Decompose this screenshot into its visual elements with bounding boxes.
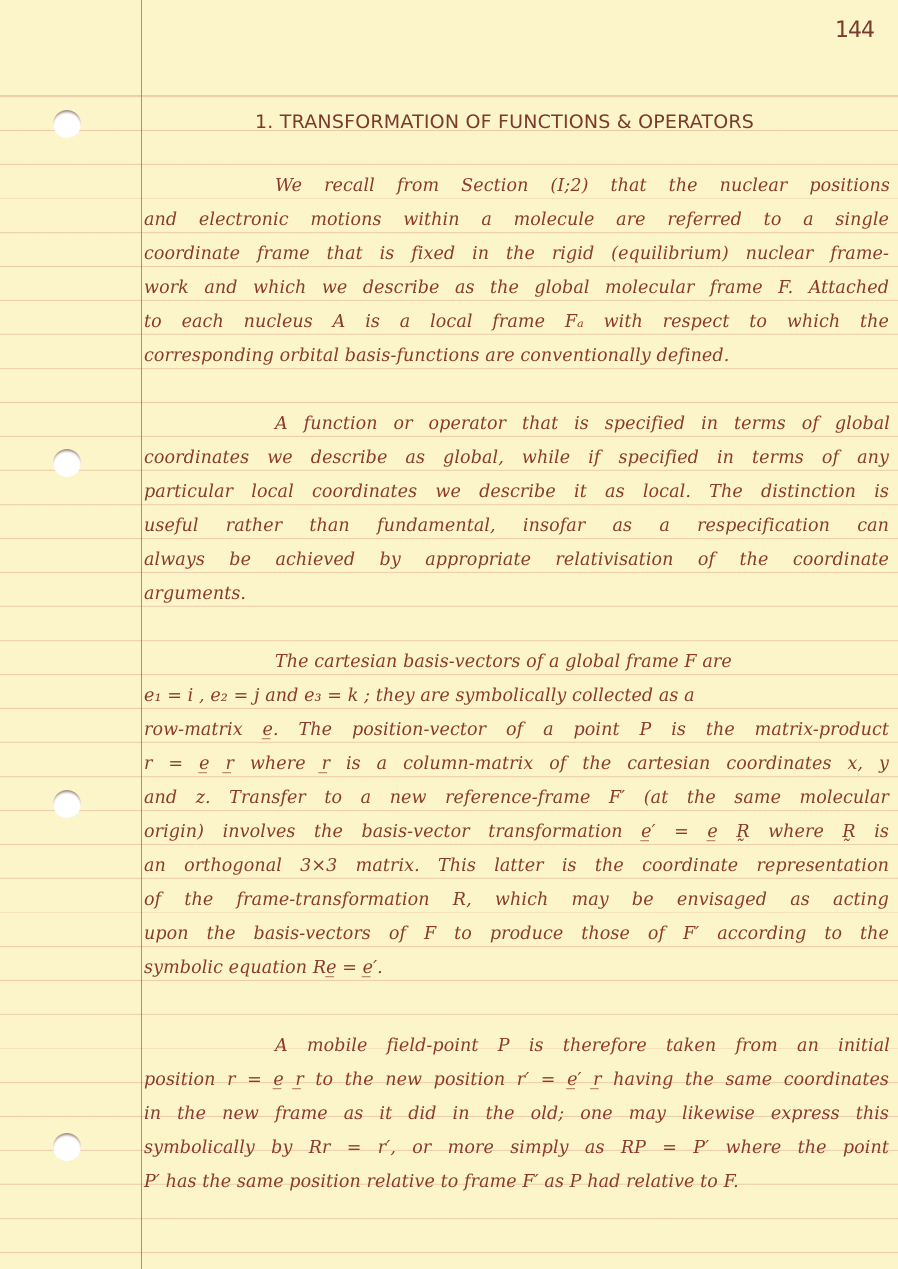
- text-line: of the frame-transformation R, which may…: [144, 890, 889, 910]
- punch-hole-icon: [53, 110, 81, 138]
- text-line: r = e̲ r̲ where r̲ is a column-matrix of…: [144, 754, 889, 774]
- text-line: row-matrix e̲. The position-vector of a …: [144, 720, 889, 740]
- punch-hole-icon: [53, 790, 81, 818]
- page-title: 1. TRANSFORMATION OF FUNCTIONS & OPERATO…: [255, 111, 754, 133]
- text-line: P′ has the same position relative to fra…: [144, 1172, 889, 1192]
- text-line: e₁ = i , e₂ = j and e₃ = k ; they are sy…: [144, 686, 889, 706]
- text-line: origin) involves the basis-vector transf…: [144, 822, 889, 842]
- text-line: The cartesian basis-vectors of a global …: [275, 652, 890, 672]
- text-line: work and which we describe as the global…: [144, 278, 889, 298]
- text-line: coordinates we describe as global, while…: [144, 448, 889, 468]
- text-line: position r = e̲ r̲ to the new position r…: [144, 1070, 889, 1090]
- notebook-page: 144 1. TRANSFORMATION OF FUNCTIONS & OPE…: [0, 0, 898, 1269]
- text-line: in the new frame as it did in the old; o…: [144, 1104, 889, 1124]
- text-line: and electronic motions within a molecule…: [144, 210, 889, 230]
- text-line: A mobile field-point P is therefore take…: [275, 1036, 890, 1056]
- text-line: and z. Transfer to a new reference-frame…: [144, 788, 889, 808]
- page-number: 144: [835, 18, 874, 43]
- text-line: coordinate frame that is fixed in the ri…: [144, 244, 889, 264]
- text-line: an orthogonal 3×3 matrix. This latter is…: [144, 856, 889, 876]
- text-line: symbolically by Rr = r′, or more simply …: [144, 1138, 889, 1158]
- text-line: arguments.: [144, 584, 889, 604]
- text-line: always be achieved by appropriate relati…: [144, 550, 889, 570]
- punch-hole-icon: [53, 1133, 81, 1161]
- text-line: particular local coordinates we describe…: [144, 482, 889, 502]
- text-line: A function or operator that is specified…: [275, 414, 890, 434]
- punch-hole-icon: [53, 449, 81, 477]
- text-line: We recall from Section (I;2) that the nu…: [275, 176, 890, 196]
- text-line: symbolic equation Re̲ = e̲′.: [144, 958, 889, 978]
- margin-rule: [141, 0, 142, 1269]
- text-line: upon the basis-vectors of F to produce t…: [144, 924, 889, 944]
- text-line: to each nucleus A is a local frame Fₐ wi…: [144, 312, 889, 332]
- text-line: useful rather than fundamental, insofar …: [144, 516, 889, 536]
- text-line: corresponding orbital basis-functions ar…: [144, 346, 889, 366]
- top-margin: [0, 0, 898, 96]
